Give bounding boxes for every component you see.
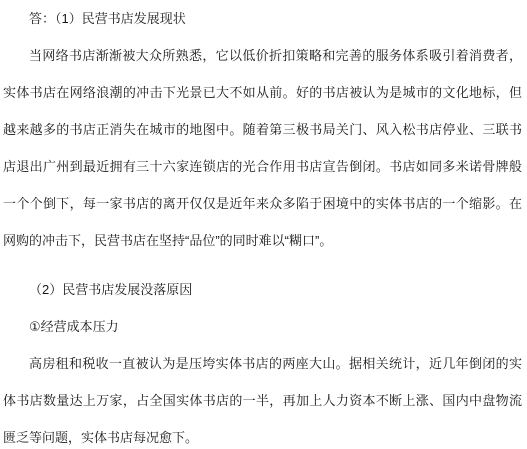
- decline-reason-heading: （2）民营书店发展没落原因: [3, 271, 522, 308]
- status-body-paragraph: 当网络书店渐渐被大众所熟悉，它以低价折扣策略和完善的服务体系吸引着消费者，实体书…: [3, 37, 522, 259]
- cost-pressure-body-paragraph: 高房租和税收一直被认为是压垮实体书店的两座大山。据相关统计，近几年倒闭的实体书店…: [3, 345, 522, 449]
- reason-1-subheading: ①经营成本压力: [3, 308, 522, 345]
- answer-status-heading: 答：（1）民营书店发展现状: [3, 0, 522, 37]
- document-page: 答：（1）民营书店发展现状 当网络书店渐渐被大众所熟悉，它以低价折扣策略和完善的…: [0, 0, 527, 449]
